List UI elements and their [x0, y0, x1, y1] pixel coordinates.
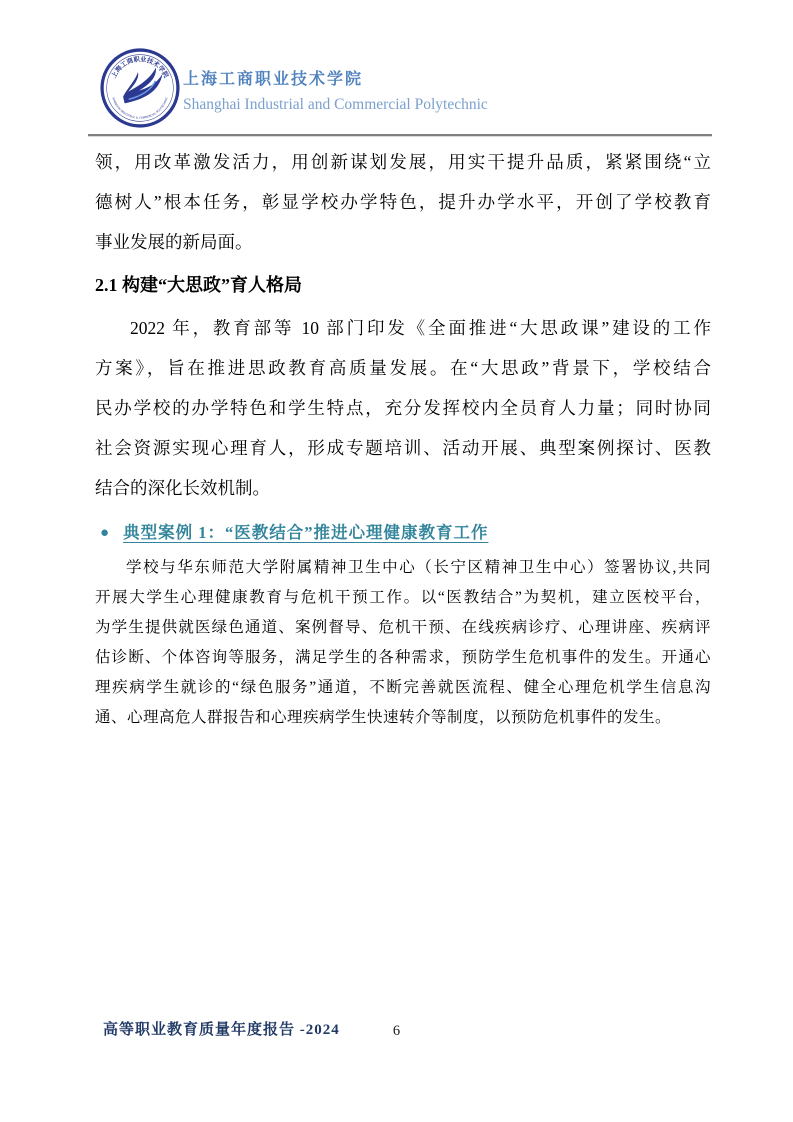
text-line: 事业发展的新局面。 — [95, 222, 711, 262]
text-line: 2022 年，教育部等 10 部门印发《全面推进“大思政课”建设的工作 — [95, 308, 711, 348]
document-page: 上海工商职业技术学院 SHANGHAI INDUSTRIAL & COMMERC… — [0, 0, 793, 1122]
text-line: 方案》，旨在推进思政教育高质量发展。在“大思政”背景下，学校结合 — [95, 348, 711, 388]
text-line: 领，用改革激发活力，用创新谋划发展，用实干提升品质，紧紧围绕“立 — [95, 142, 711, 182]
text-line: 通、心理高危人群报告和心理疾病学生快速转介等制度，以预防危机事件的发生。 — [95, 703, 711, 733]
case-study-heading-row: ● 典型案例 1：“医教结合”推进心理健康教育工作 — [100, 516, 716, 550]
text-line: 估诊断、个体咨询等服务，满足学生的各种需求，预防学生危机事件的发生。开通心 — [95, 643, 711, 673]
school-name-chinese: 上海工商职业技术学院 — [183, 68, 488, 92]
text-line: 为学生提供就医绿色通道、案例督导、危机干预、在线疾病诊疗、心理讲座、疾病评 — [95, 613, 711, 643]
text-line: 社会资源实现心理育人，形成专题培训、活动开展、典型案例探讨、医教 — [95, 428, 711, 468]
school-logo-emblem-icon: 上海工商职业技术学院 SHANGHAI INDUSTRIAL & COMMERC… — [99, 47, 181, 129]
bullet-icon: ● — [100, 516, 109, 550]
text-line: 理疾病学生就诊的“绿色服务”通道，不断完善就医流程、健全心理危机学生信息沟 — [95, 673, 711, 703]
header-school-names: 上海工商职业技术学院 Shanghai Industrial and Comme… — [183, 68, 488, 118]
section-heading-2-1: 2.1 构建“大思政”育人格局 — [95, 266, 711, 304]
text-line: 德树人”根本任务，彰显学校办学特色，提升办学水平，开创了学校教育 — [95, 182, 711, 222]
page-number: 6 — [0, 1019, 793, 1043]
paragraph-case-study: 学校与华东师范大学附属精神卫生中心（长宁区精神卫生中心）签署协议,共同开展大学生… — [95, 553, 711, 733]
text-line: 开展大学生心理健康教育与危机干预工作。以“医教结合”为契机，建立医校平台， — [95, 583, 711, 613]
header-divider — [88, 134, 712, 137]
text-line: 结合的深化长效机制。 — [95, 468, 711, 508]
text-line: 民办学校的办学特色和学生特点，充分发挥校内全员育人力量；同时协同 — [95, 388, 711, 428]
case-study-heading: 典型案例 1：“医教结合”推进心理健康教育工作 — [123, 516, 488, 550]
paragraph-intro: 领，用改革激发活力，用创新谋划发展，用实干提升品质，紧紧围绕“立德树人”根本任务… — [95, 142, 711, 262]
paragraph-policy: 2022 年，教育部等 10 部门印发《全面推进“大思政课”建设的工作方案》，旨… — [95, 308, 711, 508]
school-name-english: Shanghai Industrial and Commercial Polyt… — [183, 92, 488, 118]
text-line: 学校与华东师范大学附属精神卫生中心（长宁区精神卫生中心）签署协议,共同 — [95, 553, 711, 583]
